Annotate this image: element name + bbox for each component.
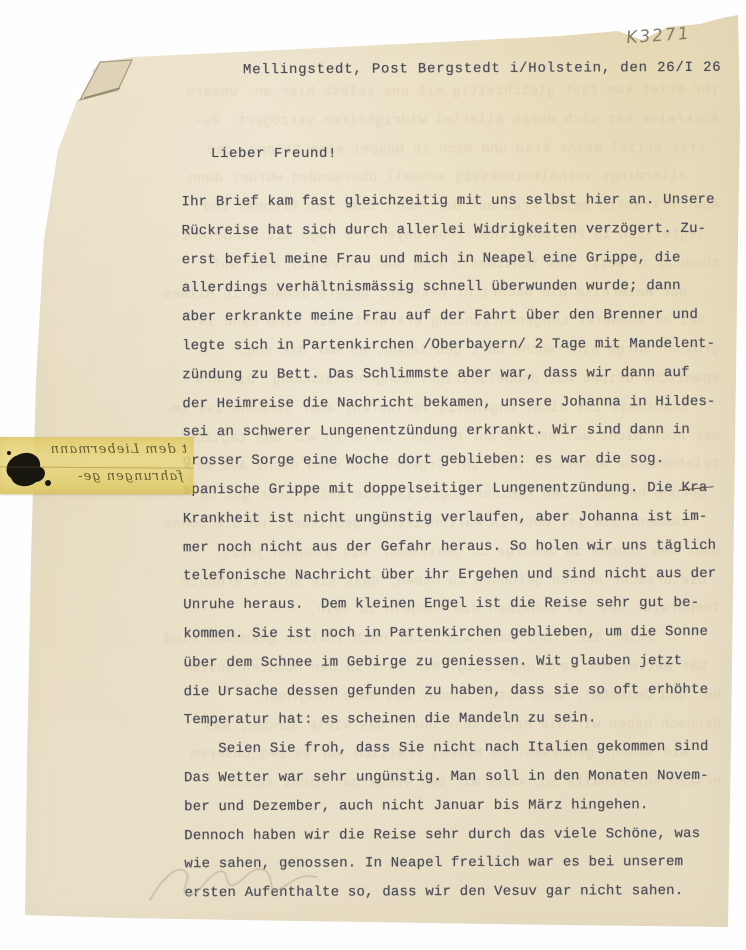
typed-line: telefonische Nachricht über ihr Ergehen … xyxy=(183,566,743,597)
typed-line: zündung zu Bett. Das Schlimmste aber war… xyxy=(182,365,742,396)
typed-line: legte sich in Partenkirchen /Oberbayern/… xyxy=(182,336,742,367)
typed-line: Krankheit ist nicht ungünstig verlaufen,… xyxy=(183,509,743,540)
salutation: Lieber Freund! xyxy=(211,146,337,162)
typed-line: Dennoch haben wir die Reise sehr durch d… xyxy=(184,825,744,856)
struck-word: Kra xyxy=(682,480,708,496)
tape-handwriting-line: fahrungen ge- xyxy=(77,469,183,484)
scanned-letter: Ihr Brief kam fast gleichzeitig mit uns … xyxy=(0,0,746,950)
ghost-line: erst befiel meine Frau und mich in Neape… xyxy=(25,140,719,171)
typed-line: Das Wetter war sehr ungünstig. Man soll … xyxy=(184,768,744,799)
ink-blot xyxy=(4,445,64,493)
typed-line: kommen. Sie ist noch in Partenkirchen ge… xyxy=(183,624,743,655)
typed-line: Temperatur hat: es scheinen die Mandeln … xyxy=(184,710,744,741)
typed-line: Ihr Brief kam fast gleichzeitig mit uns … xyxy=(181,192,741,223)
ghost-line: Ihr Brief kam fast gleichzeitig mit uns … xyxy=(25,83,719,114)
tape-handwriting-line: t dem Liebermann xyxy=(50,442,187,457)
letter-body: Ihr Brief kam fast gleichzeitig mit uns … xyxy=(181,192,744,914)
typed-line: sei an schwerer Lungenentzündung erkrank… xyxy=(182,422,742,453)
typed-line: die Ursache dessen gefunden zu haben, da… xyxy=(184,681,744,712)
typed-line: der Heimreise die Nachricht bekamen, uns… xyxy=(182,393,742,424)
typed-line: erst befiel meine Frau und mich in Neape… xyxy=(182,249,742,280)
typed-line: grosser Sorge eine Woche dort geblieben:… xyxy=(183,451,743,482)
typed-line: Rückreise hat sich durch allerlei Widrig… xyxy=(182,221,742,252)
dateline: Mellingstedt, Post Bergstedt i/Holstein,… xyxy=(243,60,722,79)
typed-line: mer noch nicht aus der Gefahr heraus. So… xyxy=(183,537,743,568)
typed-line: über dem Schnee im Gebirge zu geniessen.… xyxy=(183,653,743,684)
typed-line: allerdings verhältnismässig schnell über… xyxy=(182,278,742,309)
typed-line: Seien Sie froh, dass Sie nicht nach Ital… xyxy=(184,739,744,770)
ghost-line: Rückreise hat sich durch allerlei Widrig… xyxy=(25,112,719,143)
typed-line: spanische Grippe mit doppelseitiger Lung… xyxy=(183,480,743,511)
typed-line: aber erkrankte meine Frau auf der Fahrt … xyxy=(182,307,742,338)
signature-ghost xyxy=(140,855,330,915)
typed-line: Unruhe heraus. Dem kleinen Engel ist die… xyxy=(183,595,743,626)
typed-line: ber und Dezember, auch nicht Januar bis … xyxy=(184,797,744,828)
repair-tape: t dem Liebermann fahrungen ge- xyxy=(0,437,193,494)
